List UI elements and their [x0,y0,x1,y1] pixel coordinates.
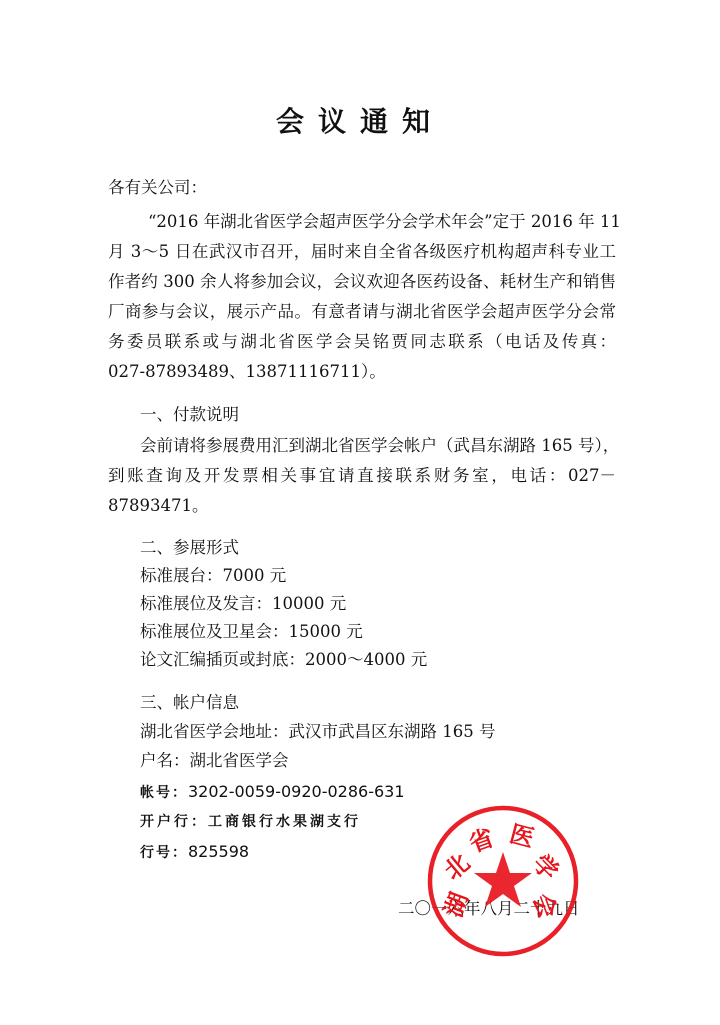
seal-char: 医 [507,820,537,853]
salutation: 各有关公司： [108,178,207,198]
fee-item: 论文汇编插页或封底：2000～4000 元 [140,650,427,670]
fee-value: 15000 元 [289,622,363,641]
account-name: 户名：湖北省医学会 [140,751,289,771]
section1-heading: 一、付款说明 [140,405,239,425]
intro-line-4: 厂商参与会议，展示产品。有意者请与湖北省医学会超声医学分会常 [108,302,616,322]
page-title: 会议通知 [0,100,720,140]
bank-code-label: 行号： [140,845,188,861]
section2-heading: 二、参展形式 [140,538,239,558]
official-seal: 湖 北 省 医 学 会 [426,804,580,958]
fee-label: 论文汇编插页或封底： [140,650,305,669]
section3-heading: 三、帐户信息 [140,693,239,713]
intro-line-2: 月 3～5 日在武汉市召开，届时来自全省各级医疗机构超声科专业工 [108,242,616,262]
intro-line-6: 027-87893489、13871116711）。 [108,362,386,382]
seal-char: 会 [527,890,562,922]
fee-value: 7000 元 [223,566,287,585]
section1-line-3: 87893471。 [108,496,208,516]
account-number-label: 帐号： [140,785,188,801]
fee-item: 标准展台：7000 元 [140,566,286,586]
seal-char: 省 [466,823,498,858]
fee-item: 标准展位及发言：10000 元 [140,594,346,614]
intro-line-5: 务委员联系或与湖北省医学会吴铭贾同志联系（电话及传真： [108,332,616,352]
intro-line-1: “2016 年湖北省医学会超声医学分会学术年会”定于 2016 年 11 [148,212,616,232]
bank-code-value: 825598 [188,842,249,861]
section1-line-1: 会前请将参展费用汇到湖北省医学会帐户（武昌东湖路 165 号）， [140,436,616,456]
fee-label: 标准展位及发言： [140,594,272,613]
account-address: 湖北省医学会地址：武汉市武昌区东湖路 165 号 [140,722,495,742]
fee-item: 标准展位及卫星会：15000 元 [140,622,363,642]
seal-char: 湖 [439,889,474,921]
fee-value: 10000 元 [272,594,346,613]
bank-code: 行号：825598 [140,842,249,863]
fee-label: 标准展位及卫星会： [140,622,289,641]
intro-line-3: 作者约 300 余人将参加会议，会议欢迎各医药设备、耗材生产和销售 [108,272,616,292]
account-number: 帐号：3202-0059-0920-0286-631 [140,782,405,803]
star-icon [474,852,532,907]
seal-char: 北 [439,849,475,886]
fee-label: 标准展台： [140,566,223,585]
seal-char: 学 [527,849,564,886]
document-page: 会议通知 各有关公司： “2016 年湖北省医学会超声医学分会学术年会”定于 2… [0,0,720,1025]
account-number-value: 3202-0059-0920-0286-631 [188,782,405,801]
bank-name: 开户行：工商银行水果湖支行 [140,812,361,832]
section1-line-2: 到账查询及开发票相关事宜请直接联系财务室，电话：027－ [108,466,616,486]
fee-value: 2000～4000 元 [305,650,427,669]
